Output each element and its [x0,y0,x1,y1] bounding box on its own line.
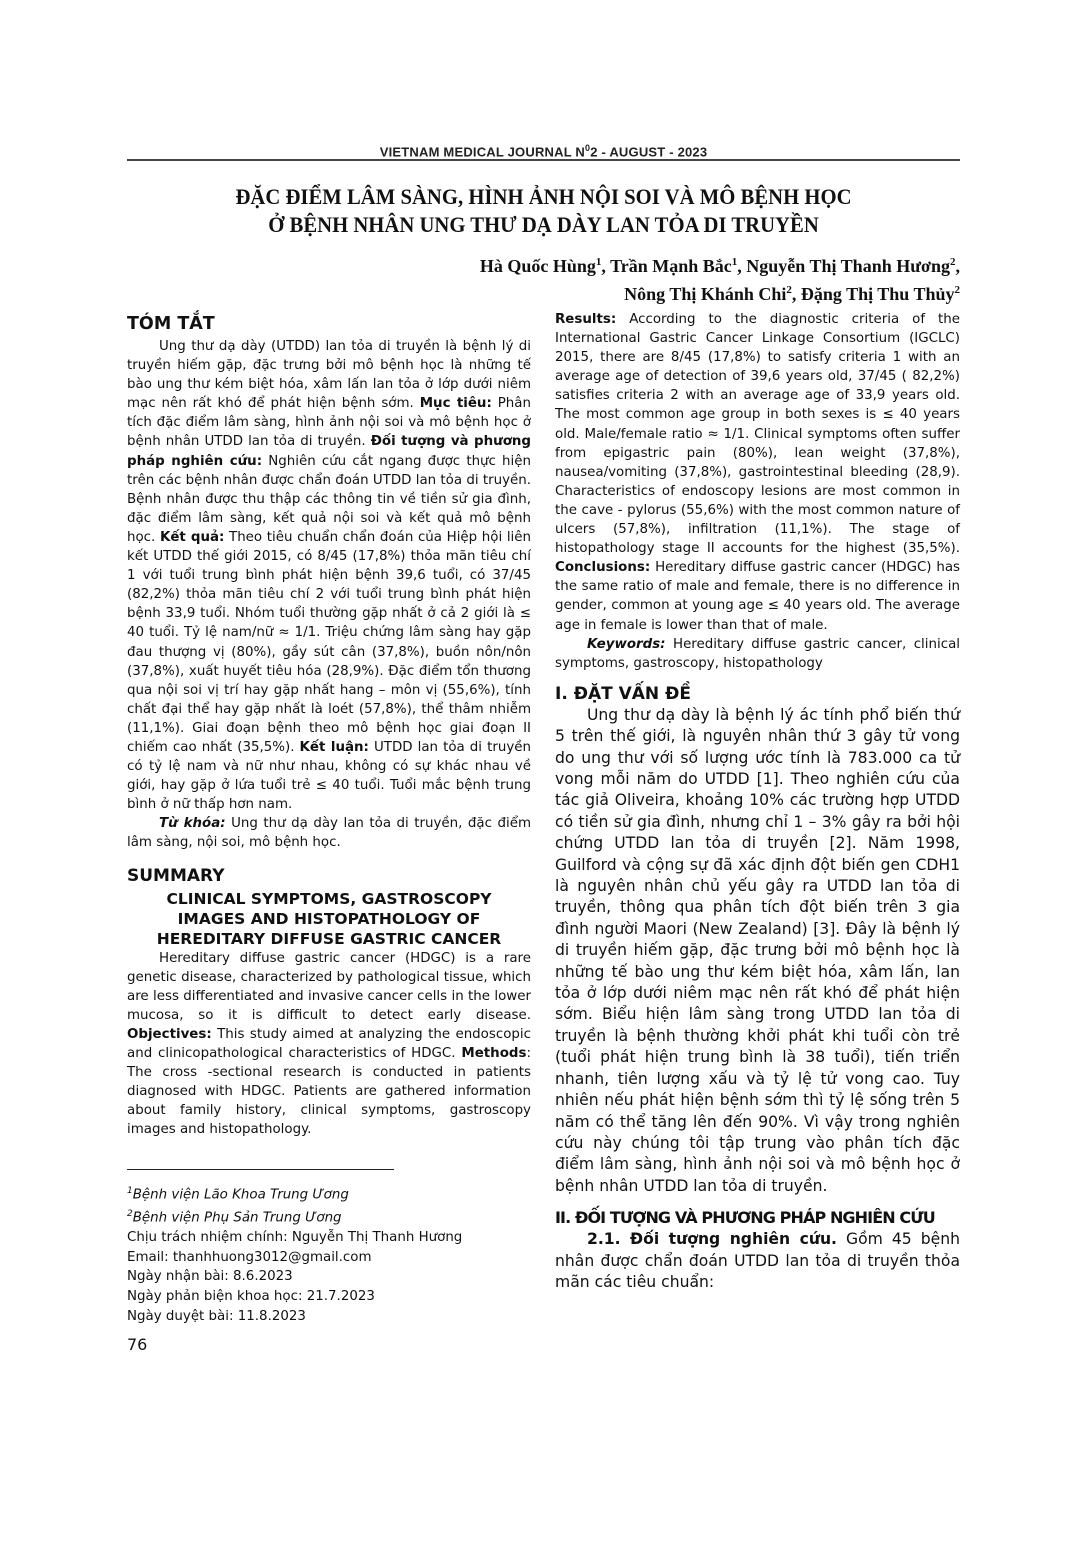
author-name: Hà Quốc Hùng [480,256,596,276]
conclusions-en-label: Conclusions: [555,560,650,575]
methods-en-label: Methods [461,1046,526,1061]
page-number: 76 [127,1335,147,1354]
journal-header: VIETNAM MEDICAL JOURNAL N02 - AUGUST - 2… [127,143,960,159]
results-en-text: According to the diagnostic criteria of … [555,312,960,556]
section-1-heading: I. ĐẶT VẤN ĐỀ [555,683,960,705]
affiliation-1: 1Bệnh viện Lão Khoa Trung Ương [127,1182,547,1205]
author-name: Nguyễn Thị Thanh Hương [746,256,950,276]
abstract-vi-heading: TÓM TẮT [127,313,531,335]
contact-email: Email: thanhhuong3012@gmail.com [127,1248,547,1268]
abstract-vi-body: Ung thư dạ dày (UTDD) lan tỏa di truyền … [127,337,531,814]
summary-body-left: Hereditary diffuse gastric cancer (HDGC)… [127,949,531,1140]
title-line-1: ĐẶC ĐIỂM LÂM SÀNG, HÌNH ẢNH NỘI SOI VÀ M… [160,183,926,211]
right-column: Results: According to the diagnostic cri… [555,310,960,1293]
author-affiliation: 2 [955,284,961,296]
objective-label: Mục tiêu: [420,396,492,411]
author-affiliation: 2 [786,284,792,296]
section-2-1-label: 2.1. Đối tượng nghiên cứu. [587,1230,837,1248]
reviewed-date: Ngày phản biện khoa học: 21.7.2023 [127,1287,547,1307]
article-title: ĐẶC ĐIỂM LÂM SÀNG, HÌNH ẢNH NỘI SOI VÀ M… [160,183,926,239]
author-name: Đặng Thị Thu Thủy [801,284,955,304]
affiliation-2: 2Bệnh viện Phụ Sản Trung Ương [127,1205,547,1228]
results-text: Theo tiêu chuẩn chẩn đoán của Hiệp hội l… [127,530,531,755]
keywords-vi: Từ khóa: Ung thư dạ dày lan tỏa di truyề… [127,814,531,852]
journal-name: VIETNAM MEDICAL JOURNAL N [380,144,585,159]
results-label: Kết quả: [160,530,224,545]
conclusion-label: Kết luận: [300,740,369,755]
author-affiliation: 2 [950,256,956,268]
author-affiliation: 1 [732,256,738,268]
keywords-en-label: Keywords: [587,637,666,652]
issue-date: 2 - AUGUST - 2023 [590,144,707,159]
author-list: Hà Quốc Hùng1, Trần Mạnh Bắc1, Nguyễn Th… [260,250,960,306]
author-affiliation: 1 [596,256,602,268]
results-en-label: Results: [555,312,616,327]
author-name: Trần Mạnh Bắc [610,256,732,276]
responsible-author: Chịu trách nhiệm chính: Nguyễn Thị Thanh… [127,1228,547,1248]
received-date: Ngày nhận bài: 8.6.2023 [127,1267,547,1287]
accepted-date: Ngày duyệt bài: 11.8.2023 [127,1307,547,1327]
summary-body-right: Results: According to the diagnostic cri… [555,310,960,635]
footnotes: 1Bệnh viện Lão Khoa Trung Ương 2Bệnh việ… [127,1182,547,1326]
section-1-body: Ung thư dạ dày là bệnh lý ác tính phổ bi… [555,705,960,1197]
summary-title-line-1: CLINICAL SYMPTOMS, GASTROSCOPY [127,889,531,909]
summary-intro: Hereditary diffuse gastric cancer (HDGC)… [127,951,531,1023]
section-2-heading: II. ĐỐI TƯỢNG VÀ PHƯƠNG PHÁP NGHIÊN CỨU [555,1207,960,1229]
summary-title-line-3: HEREDITARY DIFFUSE GASTRIC CANCER [127,929,531,949]
section-2-1: 2.1. Đối tượng nghiên cứu. Gồm 45 bệnh n… [555,1229,960,1293]
keywords-en: Keywords: Hereditary diffuse gastric can… [555,635,960,673]
keywords-vi-label: Từ khóa: [159,816,226,831]
objectives-label: Objectives: [127,1027,212,1042]
title-line-2: Ở BỆNH NHÂN UNG THƯ DẠ DÀY LAN TỎA DI TR… [160,211,926,239]
header-rule [127,159,960,161]
author-name: Nông Thị Khánh Chi [624,284,786,304]
summary-title: CLINICAL SYMPTOMS, GASTROSCOPY IMAGES AN… [127,889,531,949]
summary-heading: SUMMARY [127,865,531,887]
left-column: TÓM TẮT Ung thư dạ dày (UTDD) lan tỏa di… [127,313,531,1139]
footnote-divider [127,1169,394,1170]
summary-title-line-2: IMAGES AND HISTOPATHOLOGY OF [127,909,531,929]
